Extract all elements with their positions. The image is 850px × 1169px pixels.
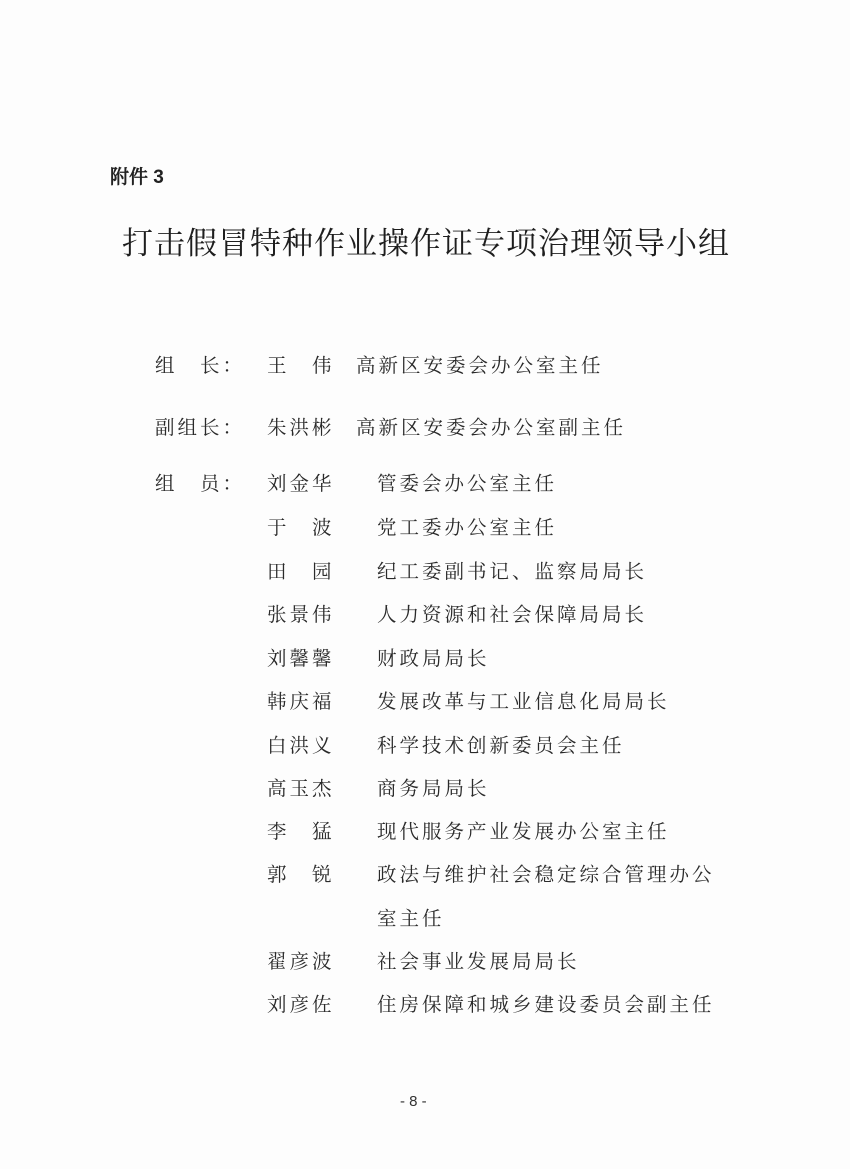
person-name: 白洪义 (267, 730, 335, 758)
role-label: 组 员： (155, 468, 245, 496)
person-name: 刘馨馨 (267, 643, 335, 671)
person-name: 韩庆福 (267, 686, 335, 714)
document-title: 打击假冒特种作业操作证专项治理领导小组 (122, 218, 730, 263)
person-position: 党工委办公室主任 (377, 512, 557, 540)
person-position: 人力资源和社会保障局局长 (377, 599, 647, 627)
person-name: 朱洪彬 (267, 412, 335, 440)
role-label: 副组长： (155, 412, 245, 440)
person-position: 社会事业发展局局长 (377, 946, 580, 974)
person-name: 田 园 (267, 556, 335, 584)
person-name: 李 猛 (267, 816, 335, 844)
person-position: 现代服务产业发展办公室主任 (377, 816, 670, 844)
person-position-continued: 室主任 (377, 903, 445, 931)
page-number: - 8 - (400, 1093, 427, 1110)
person-position: 纪工委副书记、监察局局长 (377, 556, 647, 584)
person-name: 刘金华 (267, 468, 335, 496)
person-position: 财政局局长 (377, 643, 490, 671)
person-name: 郭 锐 (267, 859, 335, 887)
person-position: 住房保障和城乡建设委员会副主任 (377, 989, 715, 1017)
person-name: 翟彦波 (267, 946, 335, 974)
person-position: 发展改革与工业信息化局局长 (377, 686, 670, 714)
person-name: 于 波 (267, 512, 335, 540)
person-position: 科学技术创新委员会主任 (377, 730, 625, 758)
person-name: 王 伟 (267, 350, 335, 378)
person-name: 高玉杰 (267, 773, 335, 801)
person-name: 张景伟 (267, 599, 335, 627)
role-label: 组 长： (155, 350, 245, 378)
person-name: 刘彦佐 (267, 989, 335, 1017)
person-position: 高新区安委会办公室副主任 (356, 412, 626, 440)
person-position: 政法与维护社会稳定综合管理办公 (377, 859, 715, 887)
person-position: 商务局局长 (377, 773, 490, 801)
person-position: 高新区安委会办公室主任 (356, 350, 604, 378)
person-position: 管委会办公室主任 (377, 468, 557, 496)
attachment-label: 附件 3 (110, 162, 164, 189)
